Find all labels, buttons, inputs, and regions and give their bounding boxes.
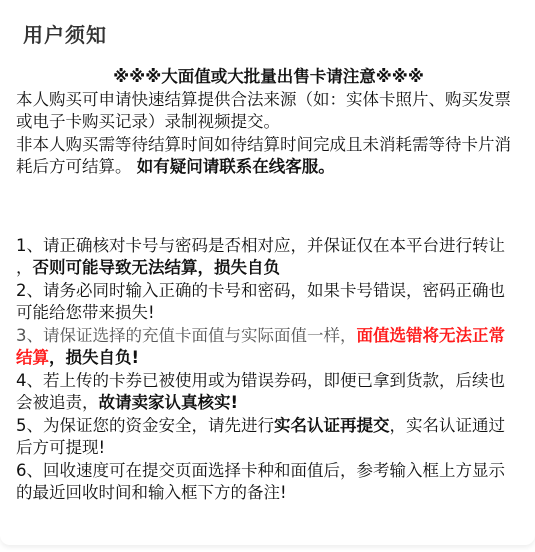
warning-headline: ※※※大面值或大批量出售卡请注意※※※ — [16, 66, 521, 89]
intro-paragraph-1: 本人购买可申请快速结算提供合法来源（如：实体卡照片、购买发票或电子卡购买记录）录… — [16, 89, 521, 134]
user-notice-panel: 用户须知 ※※※大面值或大批量出售卡请注意※※※ 本人购买可申请快速结算提供合法… — [0, 0, 535, 545]
notice-item-1: 1、请正确核对卡号与密码是否相对应，并保证仅在本平台进行转让 ，否则可能导致无法… — [16, 235, 521, 280]
notice-item-2: 2、请务必同时输入正确的卡号和密码，如果卡号错误，密码正确也可能给您带来损失! — [16, 280, 521, 325]
notice-item-5: 5、为保证您的资金安全，请先进行实名认证再提交，实名认证通过后方可提现! — [16, 415, 521, 460]
notice-content: ※※※大面值或大批量出售卡请注意※※※ 本人购买可申请快速结算提供合法来源（如：… — [16, 66, 521, 505]
notice-item-6: 6、回收速度可在提交页面选择卡种和面值后，参考输入框上方显示的最近回收时间和输入… — [16, 460, 521, 505]
intro-paragraph-2: 非本人购买需等待结算时间如待结算时间完成且未消耗需等待卡片消耗后方可结算。 如有… — [16, 134, 521, 179]
notice-item-3: 3、请保证选择的充值卡面值与实际面值一样，面值选错将无法正常结算，损失自负! — [16, 325, 521, 370]
contact-support-note: 如有疑问请联系在线客服。 — [137, 157, 335, 176]
page-title: 用户须知 — [23, 19, 107, 48]
spacer — [16, 179, 521, 235]
notice-item-4: 4、若上传的卡券已被使用或为错误券码，即便已拿到货款，后续也会被追责，故请卖家认… — [16, 370, 521, 415]
